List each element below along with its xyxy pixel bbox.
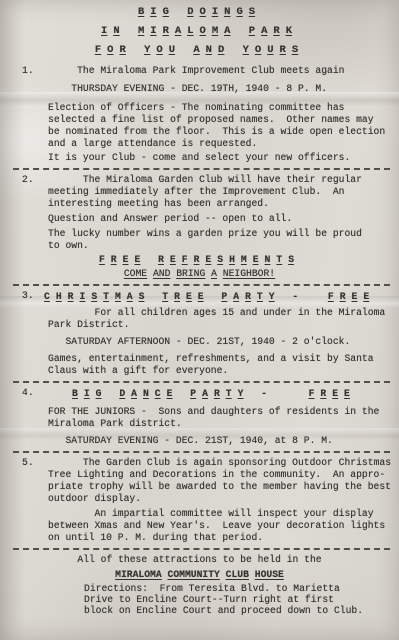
- paragraph: The Garden Club is again sponsoring Outd…: [48, 457, 395, 505]
- paragraph: It is your Club - come and select your n…: [48, 152, 395, 164]
- flyer-title-line-2: IN MIRALOMA PARK: [0, 22, 399, 41]
- dashed-separator: [13, 451, 390, 453]
- item-number: 1.: [22, 65, 34, 77]
- paragraph: FOR THE JUNIORS - Sons and daughters of …: [48, 406, 395, 430]
- paragraph: Games, entertainment, refreshments, and …: [48, 353, 395, 377]
- big-dance-party-heading: BIG DANCE PARTY - FREE: [72, 387, 395, 401]
- event-date-line: SATURDAY AFTERNOON - DEC. 21ST, 1940 - 2…: [48, 336, 395, 348]
- paragraph: Election of Officers - The nominating co…: [48, 102, 395, 150]
- item-number: 3.: [22, 290, 34, 302]
- dashed-separator: [13, 548, 390, 550]
- paragraph: For all children ages 15 and under in th…: [48, 307, 395, 331]
- paragraph: The lucky number wins a garden prize you…: [48, 228, 395, 252]
- event-date-line: THURSDAY EVENING - DEC. 19TH, 1940 - 8 P…: [48, 83, 395, 95]
- flyer-title-line-3: FOR YOU AND YOURS: [0, 41, 399, 60]
- paragraph: An impartial committee will inspect your…: [48, 508, 395, 544]
- free-refreshments-banner: FREE REFRESHMENTS: [0, 254, 399, 266]
- paragraph: Question and Answer period -- open to al…: [48, 213, 395, 225]
- flyer-page: BIG DOINGS IN MIRALOMA PARK FOR YOU AND …: [0, 0, 399, 640]
- club-house-name: MIRALOMA COMMUNITY CLUB HOUSE: [0, 569, 399, 581]
- announcement-item-5: 5. The Garden Club is again sponsoring O…: [0, 457, 399, 544]
- item-number: 5.: [22, 457, 34, 469]
- announcement-item-4: 4. BIG DANCE PARTY - FREE FOR THE JUNIOR…: [0, 387, 399, 447]
- dashed-separator: [13, 284, 390, 286]
- bring-a-neighbor-line: COME AND BRING A NEIGHBOR!: [0, 268, 399, 280]
- christmas-tree-party-heading: CHRISTMAS TREE PARTY - FREE: [44, 290, 395, 304]
- dashed-separator: [13, 168, 390, 170]
- flyer-title-line-1: BIG DOINGS: [0, 3, 399, 22]
- item-number: 4.: [22, 387, 34, 399]
- item-number: 2.: [22, 174, 34, 186]
- footer-note: All of these attractions to be held in t…: [0, 554, 399, 566]
- directions: Directions: From Teresita Blvd. to Marie…: [84, 583, 399, 616]
- announcement-item-3: 3. CHRISTMAS TREE PARTY - FREE For all c…: [0, 290, 399, 377]
- item1-lead: The Miraloma Park Improvement Club meets…: [48, 65, 395, 77]
- flyer-title: BIG DOINGS IN MIRALOMA PARK FOR YOU AND …: [0, 0, 399, 60]
- paragraph: The Miraloma Garden Club will have their…: [48, 174, 395, 210]
- announcement-item-2: 2. The Miraloma Garden Club will have th…: [0, 174, 399, 280]
- dashed-separator: [13, 381, 390, 383]
- announcement-item-1: 1. The Miraloma Park Improvement Club me…: [0, 65, 399, 164]
- event-date-line: SATURDAY EVENING - DEC. 21ST, 1940, at 8…: [48, 435, 395, 447]
